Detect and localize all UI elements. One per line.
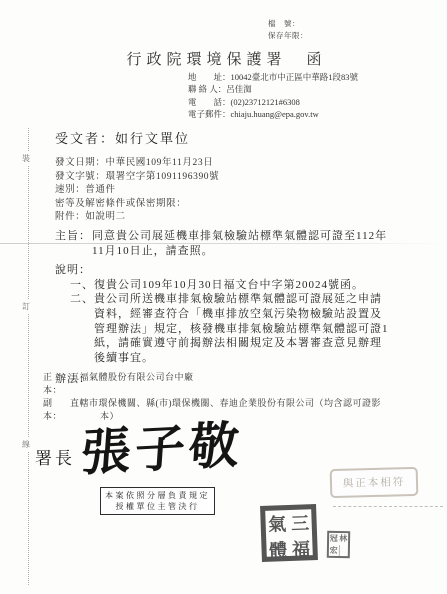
copy-line-2: 本）: [70, 411, 119, 421]
explanation-label: 說明：: [55, 263, 423, 278]
seal-char: 氣: [265, 510, 289, 537]
explanation-item-2-line-2: 資料，經審查符合「機車排放空氣污染物檢驗站設置及: [94, 308, 382, 320]
contact-phone-row: 電 話：(02)23712121#6308: [188, 96, 358, 108]
minister-title: 署長: [35, 430, 75, 469]
explanation-item-2-line-1: 貴公司所送機車排氣檢驗站標準氣體認可證展延之申請: [94, 293, 382, 305]
delegation-line-1: 本案依照分層負責規定: [105, 490, 210, 501]
seal-char: 三: [288, 509, 312, 536]
speed-class-line: 速別：普通件: [55, 184, 219, 198]
subject-line-2: 11月10日止，請查照。: [92, 245, 214, 257]
archive-block: 檔 號： 保存年限：: [268, 18, 308, 42]
contact-person-label: 聯 絡 人：: [188, 83, 226, 95]
file-number-label: 檔 號：: [268, 18, 308, 30]
contact-person-value: 呂佳洳: [226, 84, 252, 94]
seal-char: 福: [289, 535, 313, 562]
recipient-line: 受文者：如行文單位: [55, 128, 190, 147]
binding-char-ding: 訂: [22, 300, 30, 313]
letter-body: 主旨： 同意貴公司展延機車排氣檢驗站標準氣體認可證至112年 11月10日止，請…: [55, 229, 423, 387]
distribution-block: 正本： 三福氣體股份有限公司台中廠 副本： 直轄市環保機關、縣(市)環保機關、春…: [43, 371, 381, 423]
certified-copy-stamp: 與正本相符: [330, 467, 419, 498]
security-class-line: 密等及解密條件或保密期限：: [55, 198, 219, 212]
phone-label: 電 話：: [188, 96, 231, 108]
official-letter-page: 裝 訂 線 檔 號： 保存年限： 行政院環境保護署 函 地 址：10042臺北市…: [0, 0, 447, 594]
dashed-cut-line: [333, 506, 443, 507]
subject-line-1: 同意貴公司展延機車排氣檢驗站標準氣體認可證至112年: [92, 230, 387, 242]
explanation-item-2-line-4: 紙，請確實遵守前揭辦法相關規定及本署審查意見辦理: [94, 337, 382, 349]
original-value: 三福氣體股份有限公司台中廠: [70, 371, 194, 397]
seal-flourish: [338, 545, 348, 557]
subject-label: 主旨：: [55, 229, 92, 258]
delegation-line-2: 授權單位主管決行: [105, 501, 210, 512]
subject-text: 同意貴公司展延機車排氣檢驗站標準氣體認可證至112年 11月10日止，請查照。: [92, 229, 387, 258]
original-recipient-row: 正本： 三福氣體股份有限公司台中廠: [43, 371, 381, 397]
contact-person-row: 聯 絡 人：呂佳洳: [188, 83, 358, 95]
name-seal: 冠 林 宏: [327, 531, 350, 558]
copy-label: 副本：: [43, 397, 70, 423]
company-seal: 氣 三 體 福: [260, 504, 318, 562]
meta-block: 發文日期：中華民國109年11月23日 發文字號：環署空字第1091196390…: [55, 157, 219, 225]
minister-signature: 張子敬: [79, 420, 244, 479]
original-label: 正本：: [43, 371, 70, 397]
binding-dotted-line: [28, 128, 29, 585]
reference-number-line: 發文字號：環署空字第1091196390號: [55, 171, 219, 185]
phone-value: (02)23712121#6308: [231, 97, 300, 107]
attachment-line: 附件：如說明二: [55, 211, 219, 225]
subject-section: 主旨： 同意貴公司展延機車排氣檢驗站標準氣體認可證至112年 11月10日止，請…: [55, 229, 423, 258]
explanation-item-2-line-5: 後續事宜。: [94, 352, 154, 364]
email-value: chiaju.huang@epa.gov.tw: [231, 109, 319, 119]
address-label: 地 址：: [188, 71, 231, 83]
explanation-item-2-text: 貴公司所送機車排氣檢驗站標準氣體認可證展延之申請 資料，經審查符合「機車排放空氣…: [94, 292, 389, 365]
seal-char: 體: [266, 536, 290, 563]
explanation-item-1: 一、復貴公司109年10月30日福文台中字第20024號函。: [55, 278, 423, 293]
explanation-item-2-number: 二、: [70, 292, 94, 365]
issue-date-line: 發文日期：中華民國109年11月23日: [55, 157, 219, 171]
explanation-item-2: 二、 貴公司所送機車排氣檢驗站標準氣體認可證展延之申請 資料，經審查符合「機車排…: [55, 292, 423, 365]
delegation-authority-box: 本案依照分層負責規定 授權單位主管決行: [100, 487, 215, 515]
copy-line-1: 直轄市環保機關、縣(市)環保機關、春迪企業股份有限公司（均含認可證影: [70, 398, 381, 408]
explanation-item-2-line-3: 管理辦法」規定，核發機車排氣檢驗站標準氣體認可證1: [94, 323, 389, 335]
binding-char-xian: 線: [22, 438, 30, 451]
document-title: 行政院環境保護署 函: [0, 48, 447, 69]
signature-block: 署長 張子敬: [35, 424, 243, 474]
seal-char: 冠: [329, 533, 339, 545]
address-value: 10042臺北市中正區中華路1段83號: [231, 72, 359, 82]
contact-block: 地 址：10042臺北市中正區中華路1段83號 聯 絡 人：呂佳洳 電 話：(0…: [188, 71, 358, 120]
contact-email-row: 電子郵件：chiaju.huang@epa.gov.tw: [188, 108, 358, 120]
seal-char: 林: [339, 533, 349, 545]
seal-char: 宏: [329, 544, 339, 556]
retention-period-label: 保存年限：: [268, 30, 308, 42]
email-label: 電子郵件：: [188, 108, 231, 120]
binding-char-zhuang: 裝: [22, 152, 30, 165]
contact-address-row: 地 址：10042臺北市中正區中華路1段83號: [188, 71, 358, 83]
